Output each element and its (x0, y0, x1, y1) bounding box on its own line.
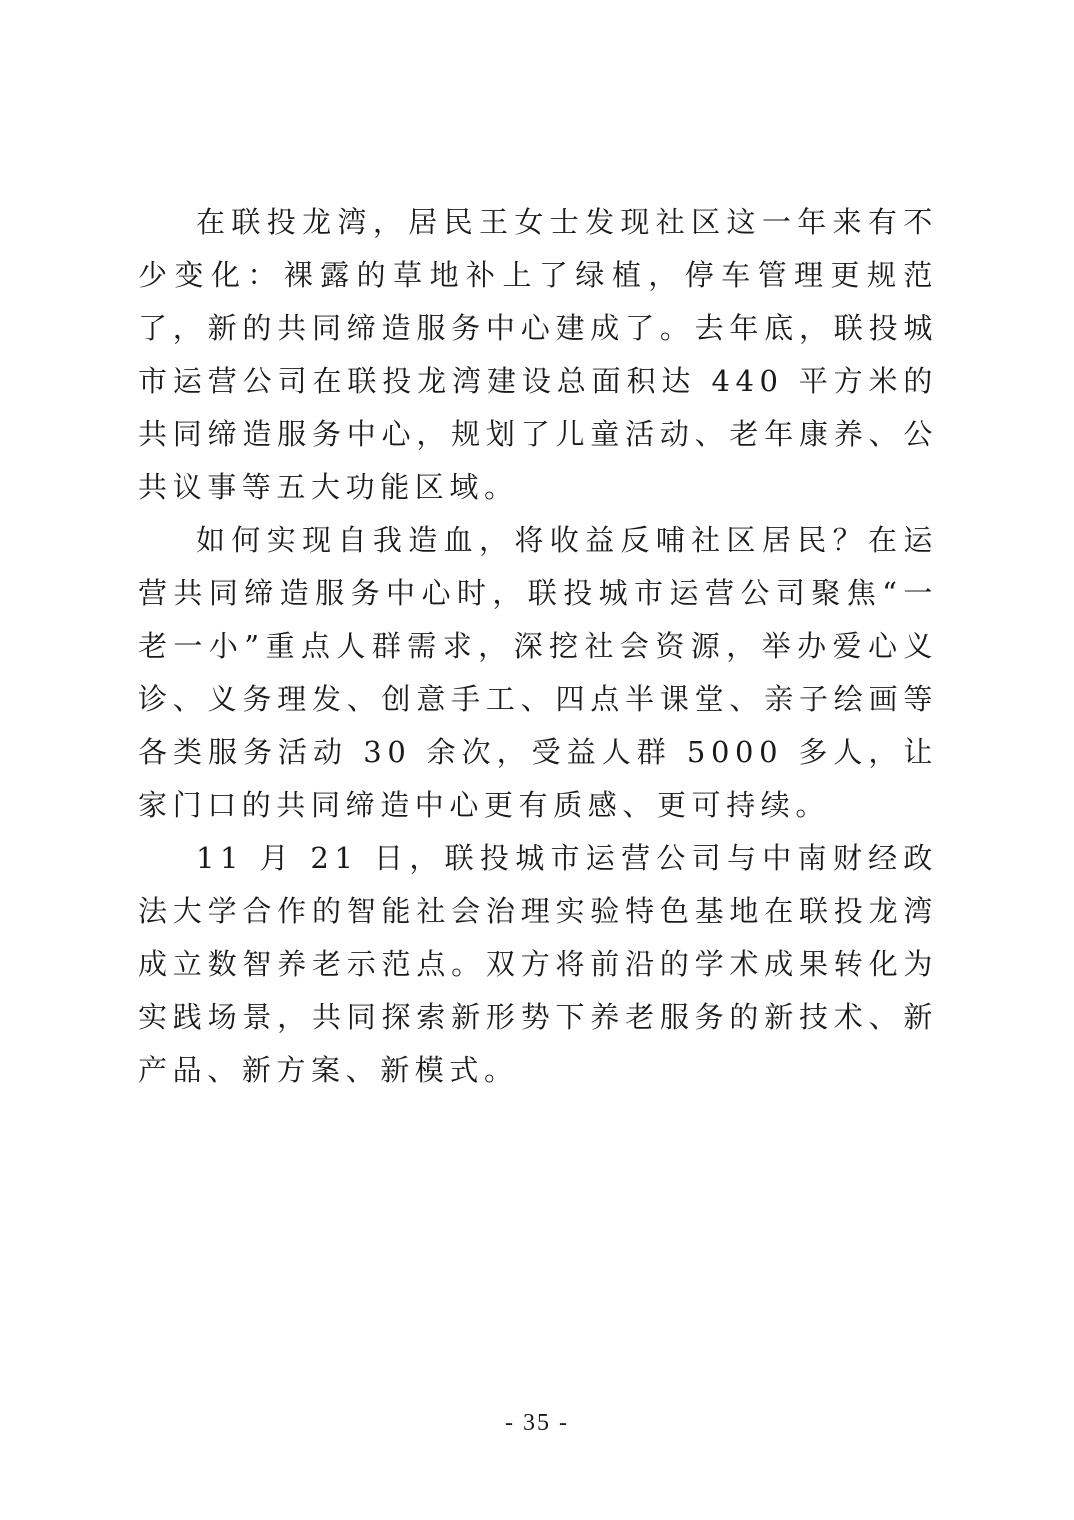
body-text: 在联投龙湾，居民王女士发现社区这一年来有不少变化：裸露的草地补上了绿植，停车管理… (138, 196, 938, 1097)
paragraph-self-sustaining: 如何实现自我造血，将收益反哺社区居民？在运营共同缔造服务中心时，联投城市运营公司… (138, 514, 938, 832)
paragraph-smart-elderly-care: 11 月 21 日，联投城市运营公司与中南财经政法大学合作的智能社会治理实验特色… (138, 832, 938, 1097)
document-page: 在联投龙湾，居民王女士发现社区这一年来有不少变化：裸露的草地补上了绿植，停车管理… (0, 0, 1074, 1520)
paragraph-community-changes: 在联投龙湾，居民王女士发现社区这一年来有不少变化：裸露的草地补上了绿植，停车管理… (138, 196, 938, 514)
page-number: - 35 - (0, 1410, 1074, 1437)
